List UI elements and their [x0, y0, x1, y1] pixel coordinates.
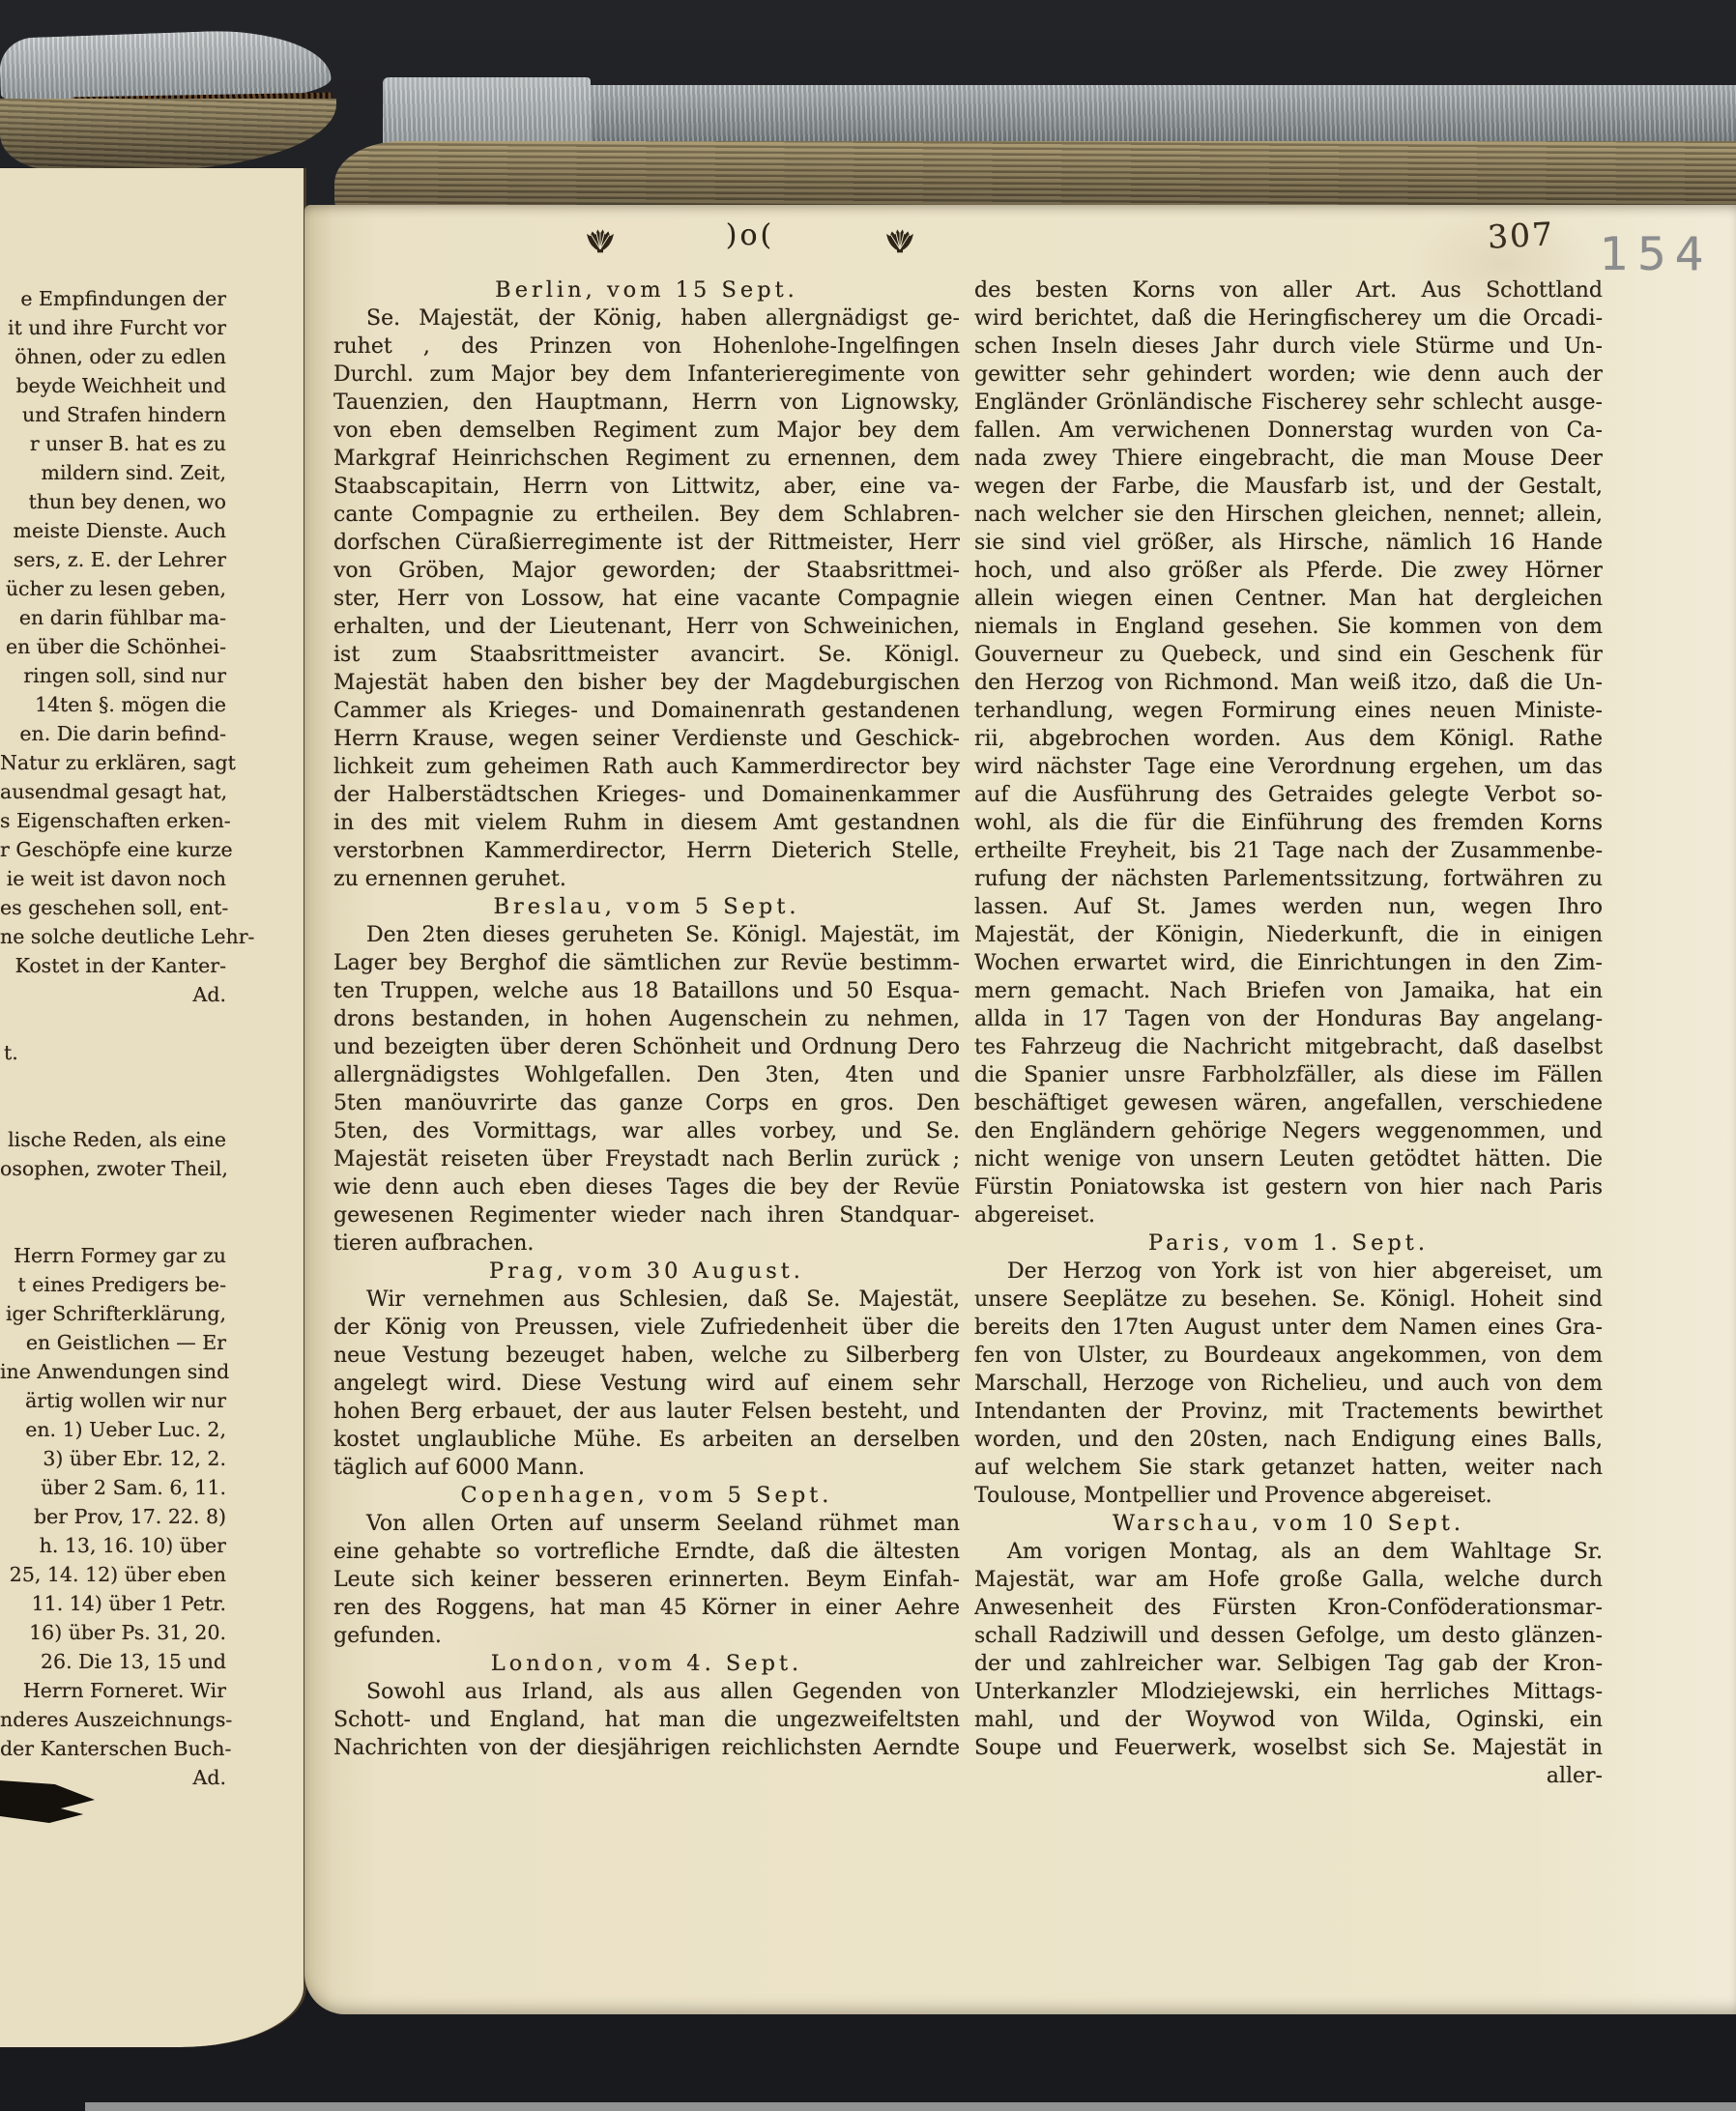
text-line: Von allen Orten auf unserm Seeland rühme… [333, 1510, 960, 1538]
text-line: niemals in England gesehen. Sie kommen v… [974, 613, 1603, 641]
cropped-text-line: en. 1) Ueber Luc. 2, [0, 1415, 226, 1444]
cropped-text-line: Kostet in der Kanter- [0, 951, 226, 980]
cropped-text-line: 14ten §. mögen die [0, 690, 226, 719]
cropped-text-line [0, 1096, 226, 1125]
text-line: London, vom 4. Sept. [333, 1650, 960, 1678]
text-line: schall Radziwill und dessen Gefolge, um … [974, 1622, 1603, 1650]
shell-ornament-icon [882, 224, 917, 253]
cropped-text-line: ausendmal gesagt hat, [0, 777, 226, 806]
cropped-text-line [0, 1212, 226, 1241]
text-line: Majestät, der Königin, Niederkunft, die … [974, 921, 1603, 949]
text-line: neue Vestung bezeuget haben, welche zu S… [333, 1342, 960, 1370]
cropped-text-line: lische Reden, als eine [0, 1125, 226, 1154]
text-line: nach welcher sie den Hirschen gleichen, … [974, 501, 1603, 529]
cropped-text-line: it und ihre Furcht vor [0, 313, 226, 342]
text-line: in des mit vielem Ruhm in diesem Amt ges… [333, 809, 960, 837]
text-line: Nachrichten von der diesjährigen reichli… [333, 1734, 960, 1762]
text-line: wohl, als die für die Einführung des fre… [974, 809, 1603, 837]
cropped-text-line: r Geschöpfe eine kurze [0, 835, 226, 864]
text-line: Breslau, vom 5 Sept. [333, 893, 960, 921]
text-line: Se. Majestät, der König, haben allergnäd… [333, 304, 960, 333]
text-line: Paris, vom 1. Sept. [974, 1229, 1603, 1258]
cropped-text-line: Herrn Forneret. Wir [0, 1676, 226, 1705]
text-line: abgereiset. [974, 1201, 1603, 1229]
text-line: 5ten manöuvrirte das ganze Corps en gros… [333, 1089, 960, 1117]
previous-page-strip: e Empfindungen derit und ihre Furcht vor… [0, 168, 306, 2047]
newspaper-page: )o( 307 154 Berlin, vom 15 Sept.Se. Maje… [304, 205, 1736, 2014]
text-line: Tauenzien, den Hauptmann, Herrn von Lign… [333, 389, 960, 417]
cropped-text-line: thun bey denen, wo [0, 487, 226, 516]
text-line: drons bestanden, in hohen Augenschein zu… [333, 1005, 960, 1033]
text-line: ren des Roggens, hat man 45 Körner in ei… [333, 1594, 960, 1622]
text-line: von eben demselben Regiment zum Major be… [333, 417, 960, 445]
text-line: aller- [974, 1762, 1603, 1790]
cropped-text-line: meiste Dienste. Auch [0, 516, 226, 545]
text-column-left: Berlin, vom 15 Sept.Se. Majestät, der Kö… [333, 276, 960, 1762]
cropped-text-line: s Eigenschaften erken- [0, 806, 226, 835]
text-line: allergnädigstes Wohlgefallen. Den 3ten, … [333, 1061, 960, 1089]
text-line: die Spanier unsre Farbholzfäller, als di… [974, 1061, 1603, 1089]
text-line: Anwesenheit des Fürsten Kron-Conföderati… [974, 1594, 1603, 1622]
cropped-text-line: und Strafen hindern [0, 400, 226, 429]
cropped-text-line: 26. Die 13, 15 und [0, 1647, 226, 1676]
text-line: Der Herzog von York ist von hier abgerei… [974, 1258, 1603, 1286]
text-line: wird nächster Tage eine Verordnung ergeh… [974, 753, 1603, 781]
text-line: kostet unglaubliche Mühe. Es arbeiten an… [333, 1426, 960, 1454]
text-line: allda in 17 Tagen von der Honduras Bay a… [974, 1005, 1603, 1033]
text-line: fen von Ulster, zu Bourdeaux angekommen,… [974, 1342, 1603, 1370]
text-line: Den 2ten dieses geruheten Se. Königl. Ma… [333, 921, 960, 949]
text-line: der König von Preussen, viele Zufriedenh… [333, 1314, 960, 1342]
text-line: nada zwey Thiere eingebracht, die man Mo… [974, 445, 1603, 473]
text-line: beschäftiget gewesen wären, angefallen, … [974, 1089, 1603, 1117]
text-line: des besten Korns von aller Art. Aus Scho… [974, 276, 1603, 304]
text-line: ster, Herr von Lossow, hat eine vacante … [333, 585, 960, 613]
cropped-text-line: en darin fühlbar ma- [0, 603, 226, 632]
text-line: Prag, vom 30 August. [333, 1258, 960, 1286]
text-column-right: des besten Korns von aller Art. Aus Scho… [974, 276, 1603, 1790]
cropped-text-line: en Geistlichen — Er [0, 1328, 226, 1357]
cropped-text-line: ie weit ist davon noch [0, 864, 226, 893]
text-line: gefunden. [333, 1622, 960, 1650]
text-line: Copenhagen, vom 5 Sept. [333, 1482, 960, 1510]
text-line: Majestät reiseten über Freystadt nach Be… [333, 1145, 960, 1173]
text-line: 5ten, des Vormittags, war alles vorbey, … [333, 1117, 960, 1145]
cropped-text-line: ine Anwendungen sind [0, 1357, 226, 1386]
text-line: gewitter sehr gehindert worden; wie denn… [974, 361, 1603, 389]
cropped-text-line: sers, z. E. der Lehrer [0, 545, 226, 574]
text-line: Soupe und Feuerwerk, woselbst sich Se. M… [974, 1734, 1603, 1762]
text-line: wie denn auch eben dieses Tages die bey … [333, 1173, 960, 1201]
text-line: schen Inseln dieses Jahr durch viele Stü… [974, 333, 1603, 361]
scan-bed-edge [85, 2102, 1736, 2111]
text-line: Gouverneur zu Quebeck, und sind ein Gesc… [974, 641, 1603, 669]
cropped-text-line: 3) über Ebr. 12, 2. [0, 1444, 226, 1473]
text-line: und bezeigten über deren Schönheit und O… [333, 1033, 960, 1061]
cropped-text-line: Herrn Formey gar zu [0, 1241, 226, 1270]
text-line: tes Fahrzeug die Nachricht mitgebracht, … [974, 1033, 1603, 1061]
cropped-text-line: beyde Weichheit und [0, 371, 226, 400]
cropped-text-line: 25, 14. 12) über eben [0, 1560, 226, 1589]
text-line: Unterkanzler Mlodziejewski, ein herrlich… [974, 1678, 1603, 1706]
text-line: der Halberstädtschen Krieges- und Domain… [333, 781, 960, 809]
cropped-text-line: r unser B. hat es zu [0, 429, 226, 458]
text-line: Fürstin Poniatowska ist gestern von hier… [974, 1173, 1603, 1201]
text-line: Majestät, war am Hofe große Galla, welch… [974, 1566, 1603, 1594]
cropped-text-line: ne solche deutliche Lehr- [0, 922, 226, 951]
cropped-text-line: e Empfindungen der [0, 284, 226, 313]
header-divider-ornament: )o( [726, 218, 774, 252]
text-line: tieren aufbrachen. [333, 1229, 960, 1258]
text-line: Toulouse, Montpellier und Provence abger… [974, 1482, 1603, 1510]
text-line: Marschall, Herzoge von Richelieu, und au… [974, 1370, 1603, 1398]
text-line: unsere Seeplätze zu besehen. Se. Königl.… [974, 1286, 1603, 1314]
cropped-text-column: e Empfindungen derit und ihre Furcht vor… [0, 284, 226, 1792]
text-line: zu ernennen geruhet. [333, 865, 960, 893]
page-number: 307 [1487, 215, 1555, 256]
text-line: verstorbnen Kammerdirector, Herrn Dieter… [333, 837, 960, 865]
text-line: lassen. Auf St. James werden nun, wegen … [974, 893, 1603, 921]
text-line: hoch, und also größer als Pferde. Die zw… [974, 557, 1603, 585]
page-fore-edge-left [0, 99, 336, 170]
text-line: wegen der Farbe, die Mausfarb ist, und d… [974, 473, 1603, 501]
text-line: ruhet , des Prinzen von Hohenlohe-Ingelf… [333, 333, 960, 361]
text-line: Lager bey Berghof die sämtlichen zur Rev… [333, 949, 960, 977]
text-line: nicht wenige von unsern Leuten getödtet … [974, 1145, 1603, 1173]
text-line: gewesenen Regimenter wieder nach ihren S… [333, 1201, 960, 1229]
cropped-text-line: h. 13, 16. 10) über [0, 1531, 226, 1560]
cropped-text-line: ber Prov, 17. 22. 8) [0, 1502, 226, 1531]
cropped-text-line: ringen soll, sind nur [0, 661, 226, 690]
text-line: terhandlung, wegen Formirung eines neuen… [974, 697, 1603, 725]
text-line: Engländer Grönländische Fischerey sehr s… [974, 389, 1603, 417]
text-line: allein wiegen einen Centner. Man hat der… [974, 585, 1603, 613]
cropped-text-line: über 2 Sam. 6, 11. [0, 1473, 226, 1502]
text-line: hohen Berg erbauet, der aus lauter Felse… [333, 1398, 960, 1426]
text-line: den Engländern gehörige Negers weggenomm… [974, 1117, 1603, 1145]
text-line: Sowohl aus Irland, als aus allen Gegende… [333, 1678, 960, 1706]
text-line: fallen. Am verwichenen Donnerstag wurden… [974, 417, 1603, 445]
text-line: eine gehabte so vortrefliche Erndte, daß… [333, 1538, 960, 1566]
text-line: Schott- und England, hat man die ungezwe… [333, 1706, 960, 1734]
text-line: cante Compagnie zu ertheilen. Bey dem Sc… [333, 501, 960, 529]
text-line: Durchl. zum Major bey dem Infanterieregi… [333, 361, 960, 389]
shell-ornament-icon [583, 224, 618, 253]
text-line: angelegt wird. Diese Vestung wird auf ei… [333, 1370, 960, 1398]
text-line: sie sind viel größer, als Hirsche, nämli… [974, 529, 1603, 557]
cropped-text-line [0, 1009, 226, 1038]
cropped-text-line: Natur zu erklären, sagt [0, 748, 226, 777]
text-line: erhalten, und der Lieutenant, Herr von S… [333, 613, 960, 641]
text-line: bereits den 17ten August unter dem Namen… [974, 1314, 1603, 1342]
cropped-text-line: ärtig wollen wir nur [0, 1386, 226, 1415]
cropped-text-line: t eines Predigers be- [0, 1270, 226, 1299]
text-line: Markgraf Heinrichschen Regiment zu ernen… [333, 445, 960, 473]
text-line: den Herzog von Richmond. Man weiß itzo, … [974, 669, 1603, 697]
text-line: Herrn Krause, wegen seiner Verdienste un… [333, 725, 960, 753]
cropped-text-line: iger Schrifterklärung, [0, 1299, 226, 1328]
text-line: ten Truppen, welche aus 18 Bataillons un… [333, 977, 960, 1005]
text-line: der und zahlreicher war. Selbigen Tag ga… [974, 1650, 1603, 1678]
text-line: dorfschen Cüraßierregimente ist der Ritt… [333, 529, 960, 557]
text-line: Wir vernehmen aus Schlesien, daß Se. Maj… [333, 1286, 960, 1314]
text-line: Leute sich keiner besseren erinnerten. B… [333, 1566, 960, 1594]
cropped-text-line: 16) über Ps. 31, 20. [0, 1618, 226, 1647]
book-scan: e Empfindungen derit und ihre Furcht vor… [0, 0, 1736, 2111]
text-line: Wochen erwartet wird, die Einrichtungen … [974, 949, 1603, 977]
text-line: auf welchem Sie stark getanzet hatten, w… [974, 1454, 1603, 1482]
text-line: rii, abgebrochen worden. Aus dem Königl.… [974, 725, 1603, 753]
cropped-text-line: 11. 14) über 1 Petr. [0, 1589, 226, 1618]
cropped-text-line: öhnen, oder zu edlen [0, 342, 226, 371]
text-line: Cammer als Krieges- und Domainenrath ges… [333, 697, 960, 725]
page-fore-edge-right [334, 141, 1736, 215]
text-line: Intendanten der Provinz, mit Tractements… [974, 1398, 1603, 1426]
text-line: von Gröben, Major geworden; der Staabsri… [333, 557, 960, 585]
text-line: wird berichtet, daß die Heringfischerey … [974, 304, 1603, 333]
text-line: mern gemacht. Nach Briefen von Jamaika, … [974, 977, 1603, 1005]
text-line: Majestät haben den bisher bey der Magdeb… [333, 669, 960, 697]
cropped-text-line: t. [0, 1038, 226, 1067]
cropped-text-line [0, 1183, 226, 1212]
text-line: mahl, und der Woywod von Wilda, Oginski,… [974, 1706, 1603, 1734]
text-line: täglich auf 6000 Mann. [333, 1454, 960, 1482]
text-line: Berlin, vom 15 Sept. [333, 276, 960, 304]
cropped-text-line: mildern sind. Zeit, [0, 458, 226, 487]
text-line: ist zum Staabsrittmeister avancirt. Se. … [333, 641, 960, 669]
cropped-text-line: ücher zu lesen geben, [0, 574, 226, 603]
cropped-text-line: der Kanterschen Buch- [0, 1734, 226, 1763]
text-line: Am vorigen Montag, als an dem Wahltage S… [974, 1538, 1603, 1566]
text-line: lichkeit zum geheimen Rath auch Kammerdi… [333, 753, 960, 781]
text-line: auf die Ausführung des Getraides gelegte… [974, 781, 1603, 809]
cropped-text-line: en über die Schönhei- [0, 632, 226, 661]
text-line: rufung der nächsten Parlementssitzung, f… [974, 865, 1603, 893]
cropped-text-line: nderes Auszeichnungs- [0, 1705, 226, 1734]
cropped-text-line: es geschehen soll, ent- [0, 893, 226, 922]
text-line: worden, und den 20sten, nach Endigung ei… [974, 1426, 1603, 1454]
text-line: Warschau, vom 10 Sept. [974, 1510, 1603, 1538]
cropped-text-line: Ad. [0, 980, 226, 1009]
cropped-text-line: osophen, zwoter Theil, [0, 1154, 226, 1183]
text-line: Staabscapitain, Herrn von Littwitz, aber… [333, 473, 960, 501]
text-line: ertheilte Freyheit, bis 21 Tage nach der… [974, 837, 1603, 865]
cropped-text-line: en. Die darin befind- [0, 719, 226, 748]
cropped-text-line [0, 1067, 226, 1096]
header-ornaments: )o( [583, 217, 917, 261]
stamp-number: 154 [1600, 228, 1713, 281]
